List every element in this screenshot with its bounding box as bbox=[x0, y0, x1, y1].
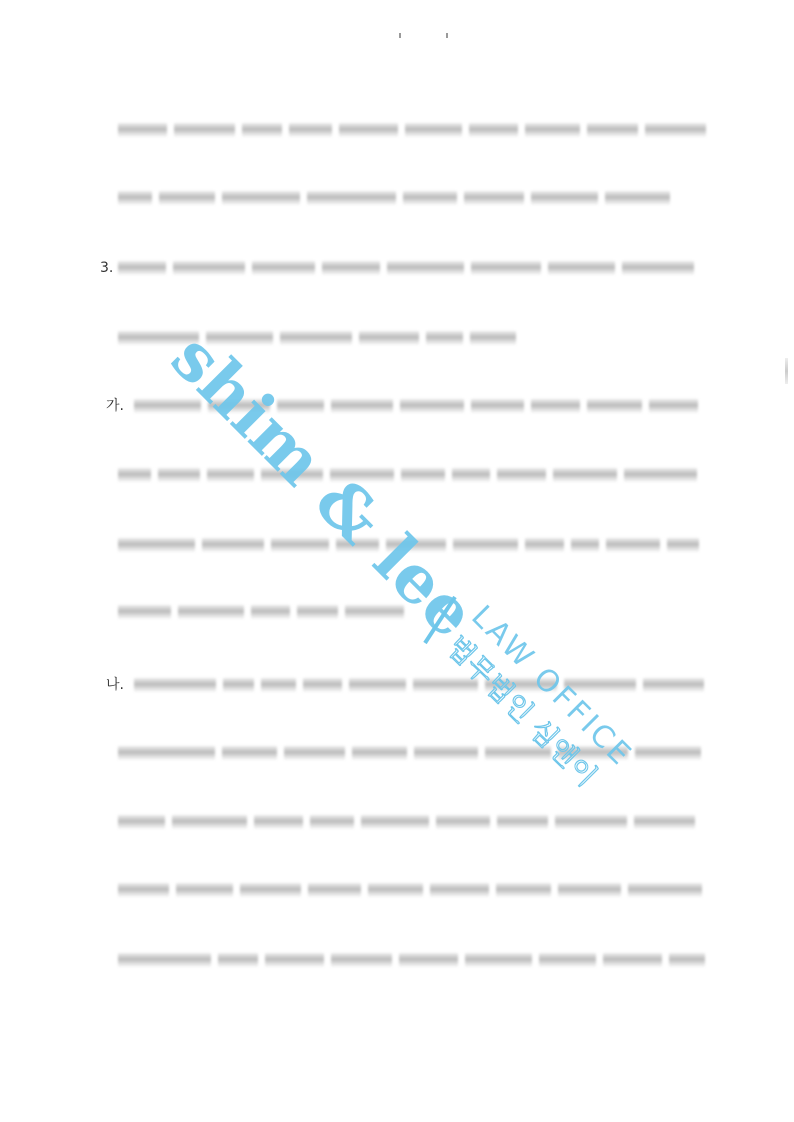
redacted-word bbox=[359, 331, 419, 345]
redacted-word bbox=[634, 815, 695, 829]
watermark-divider bbox=[425, 597, 455, 643]
header-mark bbox=[446, 33, 448, 38]
redacted-word bbox=[271, 538, 329, 552]
redacted-word bbox=[426, 331, 463, 345]
redacted-word bbox=[118, 746, 215, 760]
redacted-word bbox=[308, 883, 361, 897]
redacted-word bbox=[405, 123, 462, 137]
redacted-word bbox=[497, 468, 546, 482]
redacted-word bbox=[453, 538, 518, 552]
redacted-word bbox=[485, 746, 551, 760]
redacted-word bbox=[606, 538, 660, 552]
redacted-word bbox=[118, 883, 169, 897]
watermark-subtitle-ko: 법무법인 심앤이 bbox=[440, 630, 604, 794]
redacted-word bbox=[525, 123, 580, 137]
redacted-word bbox=[172, 815, 247, 829]
redacted-word bbox=[218, 953, 258, 967]
redacted-word bbox=[368, 883, 423, 897]
redacted-word bbox=[322, 261, 380, 275]
redacted-word bbox=[386, 538, 446, 552]
redacted-word bbox=[649, 399, 698, 413]
header-mark bbox=[399, 33, 401, 38]
redacted-text-line bbox=[118, 467, 697, 483]
redacted-word bbox=[553, 468, 617, 482]
redacted-word bbox=[118, 123, 167, 137]
redacted-word bbox=[202, 538, 264, 552]
redacted-word bbox=[555, 815, 627, 829]
redacted-word bbox=[134, 678, 216, 692]
redacted-word bbox=[207, 468, 254, 482]
redacted-word bbox=[436, 815, 490, 829]
subsection-na: 나. bbox=[106, 677, 124, 693]
redacted-word bbox=[118, 191, 152, 205]
redacted-word bbox=[558, 883, 621, 897]
redacted-word bbox=[622, 261, 694, 275]
redacted-text-line bbox=[134, 398, 698, 414]
redacted-word bbox=[349, 678, 406, 692]
redacted-word bbox=[178, 605, 244, 619]
redacted-word bbox=[330, 468, 394, 482]
redacted-word bbox=[118, 538, 195, 552]
redacted-word bbox=[222, 746, 277, 760]
redacted-word bbox=[399, 953, 458, 967]
redacted-text-line bbox=[118, 952, 705, 968]
redacted-word bbox=[497, 815, 548, 829]
redacted-word bbox=[252, 261, 315, 275]
redacted-word bbox=[470, 331, 516, 345]
redacted-text-line bbox=[118, 330, 516, 346]
redacted-word bbox=[548, 261, 615, 275]
redacted-word bbox=[158, 468, 200, 482]
redacted-word bbox=[469, 123, 518, 137]
redacted-word bbox=[471, 261, 541, 275]
redacted-word bbox=[173, 261, 245, 275]
redacted-word bbox=[531, 191, 598, 205]
redacted-word bbox=[331, 399, 393, 413]
redacted-text-line bbox=[118, 260, 694, 276]
redacted-word bbox=[643, 678, 704, 692]
redacted-word bbox=[206, 331, 273, 345]
redacted-word bbox=[303, 678, 342, 692]
redacted-text-line bbox=[118, 882, 702, 898]
scan-edge-mark bbox=[785, 358, 788, 384]
subsection-ga: 가. bbox=[106, 398, 124, 414]
redacted-word bbox=[465, 953, 532, 967]
redacted-word bbox=[222, 191, 300, 205]
redacted-word bbox=[284, 746, 345, 760]
redacted-word bbox=[336, 538, 379, 552]
redacted-word bbox=[635, 746, 701, 760]
redacted-text-line bbox=[118, 190, 670, 206]
redacted-word bbox=[265, 953, 324, 967]
watermark-brand: shim & lee bbox=[157, 318, 491, 652]
redacted-word bbox=[531, 399, 580, 413]
redacted-word bbox=[118, 605, 171, 619]
redacted-word bbox=[387, 261, 464, 275]
redacted-text-line bbox=[118, 537, 699, 553]
redacted-text-line bbox=[118, 604, 404, 620]
redacted-word bbox=[525, 538, 564, 552]
redacted-word bbox=[361, 815, 429, 829]
redacted-word bbox=[413, 678, 478, 692]
redacted-word bbox=[564, 678, 636, 692]
redacted-word bbox=[485, 678, 557, 692]
redacted-word bbox=[134, 399, 201, 413]
redacted-text-line bbox=[134, 677, 704, 693]
redacted-word bbox=[452, 468, 490, 482]
redacted-word bbox=[240, 883, 301, 897]
redacted-word bbox=[403, 191, 457, 205]
redacted-word bbox=[603, 953, 662, 967]
redacted-word bbox=[539, 953, 596, 967]
redacted-word bbox=[251, 605, 290, 619]
redacted-word bbox=[624, 468, 697, 482]
redacted-word bbox=[571, 538, 599, 552]
redacted-word bbox=[176, 883, 233, 897]
redacted-word bbox=[261, 468, 323, 482]
redacted-word bbox=[339, 123, 398, 137]
redacted-word bbox=[496, 883, 551, 897]
redacted-word bbox=[400, 399, 464, 413]
redacted-word bbox=[289, 123, 332, 137]
redacted-word bbox=[605, 191, 670, 205]
redacted-word bbox=[471, 399, 524, 413]
redacted-word bbox=[345, 605, 404, 619]
redacted-word bbox=[254, 815, 303, 829]
redacted-word bbox=[277, 399, 324, 413]
redacted-word bbox=[118, 261, 166, 275]
redacted-word bbox=[307, 191, 396, 205]
redacted-word bbox=[464, 191, 524, 205]
redacted-word bbox=[587, 123, 638, 137]
redacted-word bbox=[352, 746, 407, 760]
redacted-text-line bbox=[118, 814, 695, 830]
redacted-word bbox=[118, 953, 211, 967]
redacted-word bbox=[242, 123, 282, 137]
redacted-word bbox=[645, 123, 706, 137]
redacted-word bbox=[118, 468, 151, 482]
redacted-word bbox=[118, 815, 165, 829]
redacted-text-line bbox=[118, 745, 701, 761]
document-page: 3. 가. 나. shim & lee LAW OFFICE 법무법인 심앤이 bbox=[0, 0, 794, 1122]
redacted-word bbox=[414, 746, 478, 760]
redacted-word bbox=[261, 678, 296, 692]
redacted-word bbox=[331, 953, 392, 967]
redacted-word bbox=[174, 123, 235, 137]
redacted-word bbox=[208, 399, 270, 413]
redacted-word bbox=[587, 399, 642, 413]
redacted-word bbox=[667, 538, 699, 552]
redacted-word bbox=[280, 331, 352, 345]
redacted-word bbox=[310, 815, 354, 829]
section-number-3: 3. bbox=[100, 260, 113, 276]
redacted-text-line bbox=[118, 122, 706, 138]
redacted-word bbox=[159, 191, 215, 205]
redacted-word bbox=[628, 883, 702, 897]
redacted-word bbox=[401, 468, 445, 482]
redacted-word bbox=[430, 883, 489, 897]
redacted-word bbox=[223, 678, 254, 692]
redacted-word bbox=[297, 605, 338, 619]
redacted-word bbox=[118, 331, 199, 345]
redacted-word bbox=[558, 746, 628, 760]
redacted-word bbox=[669, 953, 705, 967]
